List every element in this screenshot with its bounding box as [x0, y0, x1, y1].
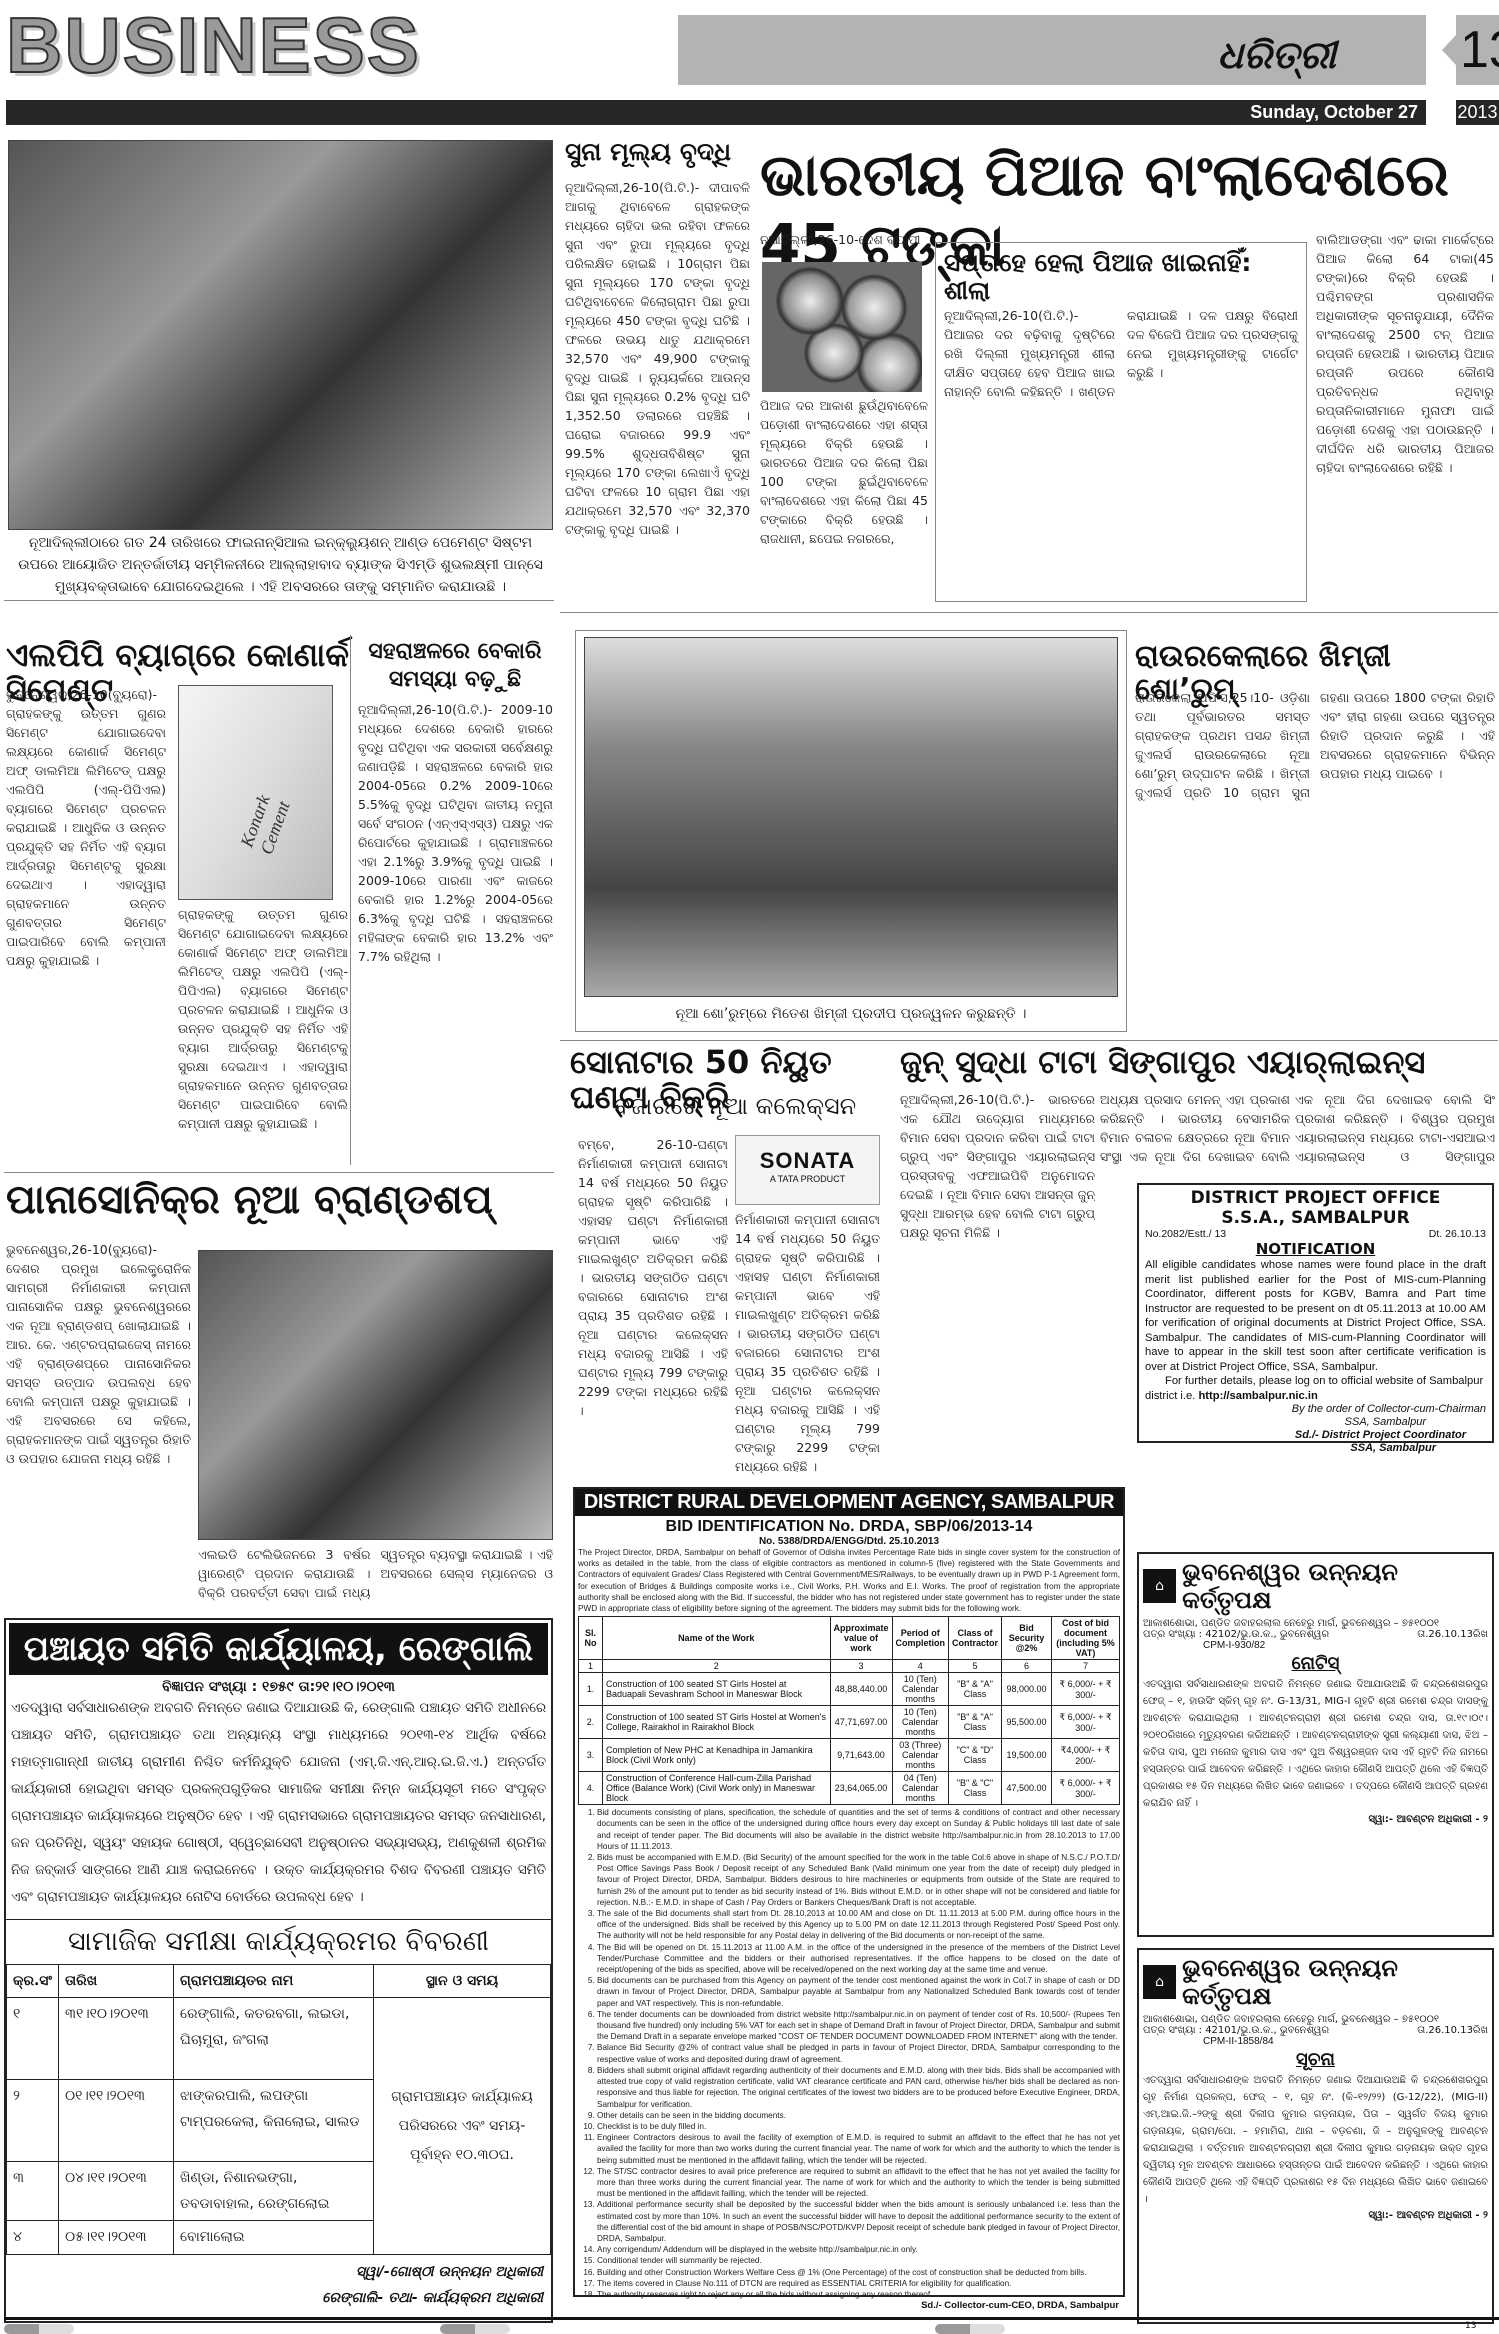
dateline: ନୂଆଦିଲ୍ଲୀ,26-10(ପି.ଟି.)- [944, 308, 1078, 323]
dateline: ନୂଆଦିଲ୍ଲୀ,26-10(ପି.ଟି.)- [565, 180, 699, 195]
drda-signature: Sd./- Collector-cum-CEO, DRDA, Sambalpur [575, 2300, 1123, 2311]
col-header: Cost of bid document (including 5% VAT) [1052, 1617, 1120, 1660]
drda-conditions-list: Bid documents consisting of plans, speci… [575, 1807, 1123, 2300]
cell: Completion of New PHC at Kenadhipa in Ja… [603, 1739, 831, 1772]
onion-dateline: ନୂଆଦିଲ୍ଲୀ,26-10-ଦେଶ ବ୍ୟାପୀ [760, 230, 928, 252]
condition-item: The authority reserves right to reject a… [597, 2289, 1120, 2300]
cell: 3. [579, 1739, 603, 1772]
khimji-photo-box: ନୂଆ ଶୋ’ରୁମ୍‌ରେ ମିତେଶ ଖିମ୍‌ଜୀ ପ୍ରଦୀପ ପ୍ରଜ… [575, 630, 1127, 1032]
condition-item: The items covered in Clause No.111 of DT… [597, 2278, 1120, 2289]
bda-title: ଭୁବନେଶ୍ୱର ଉନ୍ନୟନ କର୍ତ୍ତୃପକ୍ଷ [1182, 1558, 1488, 1614]
cell: "B" & "C" Class [949, 1772, 1002, 1805]
article-body: ଦେଶର ପ୍ରମୁଖ ଇଲେକ୍ଟ୍ରୋନିକ ସାମଗ୍ରୀ ନିର୍ମାଣ… [6, 1261, 191, 1466]
condition-item: The tender documents can be downloaded f… [597, 2009, 1120, 2043]
sheila-box: ସପ୍ତାହେ ହେଲା ପିଆଜ ଖାଇନାହିଁ: ଶୀଲା ନୂଆଦିଲ୍… [935, 242, 1307, 602]
rengali-sign-line2: ରେଙ୍ଗାଲି- ତଥା- କାର୍ଯ୍ୟକ୍ରମ ଅଧିକାରୀ [14, 2285, 543, 2311]
date-bar: Sunday, October 27 [6, 100, 1426, 125]
footer-ornament-left [4, 2324, 74, 2334]
divider [4, 600, 554, 601]
bda-letter-no: ପତ୍ର ସଂଖ୍ୟା : 42102/ଭୁ.ଉ.କ., ଭୁବନେଶ୍ୱର [1143, 1629, 1329, 1640]
condition-item: Balance Bid Security @2% of contract val… [597, 2042, 1120, 2064]
col-header: Bid Security @2% [1002, 1617, 1052, 1660]
rengali-title: ପଞ୍ଚାୟତ ସମିତି କାର୍ଯ୍ୟାଳୟ, ରେଙ୍ଗାଲି [9, 1623, 548, 1675]
sonata-logo-sub: A TATA PRODUCT [736, 1174, 879, 1184]
onion-body-right: ବାଲିଆଡଙ୍ଗା ଏବଂ ଢାକା ମାର୍କେଟ୍‌ରେ ପିଆଜ କିଲ… [1316, 230, 1494, 602]
khimji-caption: ନୂଆ ଶୋ’ରୁମ୍‌ରେ ମିତେଶ ଖିମ୍‌ଜୀ ପ୍ରଦୀପ ପ୍ରଜ… [576, 1003, 1126, 1025]
bda-notice-ad-1: ⌂ ଭୁବନେଶ୍ୱର ଉନ୍ନୟନ କର୍ତ୍ତୃପକ୍ଷ ଆକାଶଶୋଭା,… [1137, 1552, 1494, 1937]
condition-item: The ST/SC contractor desires to avail pr… [597, 2166, 1120, 2200]
col-number: 5 [949, 1660, 1002, 1673]
drda-intro: The Project Director, DRDA, Sambalpur on… [575, 1547, 1123, 1614]
article-body: ନିର୍ମାଣକାରୀ କମ୍ପାନୀ ସୋନାଟା 14 ବର୍ଷ ମଧ୍ୟର… [578, 1156, 728, 1418]
panasonic-article: ଭୁବନେଶ୍ୱର,26-10(ବ୍ୟୁରୋ)- ଦେଶର ପ୍ରମୁଖ ଇଲେ… [6, 1240, 191, 1600]
sonata-logo-text: SONATA [736, 1148, 879, 1174]
ssa-sign-line2: SSA, Sambalpur [1145, 1442, 1486, 1455]
dateline: ଭୁବନେଶ୍ୱର,26-10(ବ୍ୟୁରୋ)- [6, 1242, 157, 1257]
bda-sign: ସ୍ୱା:- ଆବଣ୍ଟନ ଅଧିକାରୀ - ୨ [1143, 1814, 1488, 1825]
table-header-row: କ୍ର.ସଂ ତାରିଖ ଗ୍ରାମପଞ୍ଚାୟତର ନାମ ସ୍ଥାନ ଓ ସ… [7, 1965, 551, 1998]
gold-headline: ସୁନା ମୂଲ୍ୟ ବୃଦ୍ଧି [565, 138, 765, 166]
onion-body-left: ପିଆଜ ଦର ଆକାଶ ଛୁଉଁଥିବାବେଳେ ପଡ଼ୋଶୀ ବାଂଲାଦେ… [760, 396, 928, 604]
ssa-order-line2: SSA, Sambalpur [1145, 1416, 1486, 1429]
table-row: 4. Construction of Conference Hall-cum-Z… [579, 1772, 1120, 1805]
cell: ୧ [7, 1998, 59, 2080]
condition-item: Bidders shall submit original affidavit … [597, 2065, 1120, 2110]
drda-ref: No. 5388/DRDA/ENGG/Dtd. 25.10.2013 [575, 1536, 1123, 1547]
rengali-ad: ପଞ୍ଚାୟତ ସମିତି କାର୍ଯ୍ୟାଳୟ, ରେଙ୍ଗାଲି ବିଜ୍ଞ… [4, 1618, 553, 2323]
cell: ରେଙ୍ଗାଲି, କତରବଗା, ଲଇଡା, ଘିଚାମୁରା, ଜଂଗଲା [174, 1998, 374, 2080]
tata-sia-col2: ଅଧ୍ୟକ୍ଷ ପ୍ରସାଦ ମେନନ୍ ଏହା ପ୍ରକାଶ କରିଛନ୍ତି… [1100, 1090, 1290, 1170]
article-body: ଦୀପାବଳି ଆଗକୁ ଥିବାବେଳେ ଗ୍ରାହକଙ୍କ ମଧ୍ୟରେ ଚ… [565, 180, 750, 537]
bda-body: ଏତଦ୍ୱାରା ସର୍ବସାଧାରଣଙ୍କ ଅବଗତି ନିମନ୍ତେ ଜଣା… [1143, 1676, 1488, 1812]
cell: "B" & "A" Class [949, 1673, 1002, 1706]
rengali-sign-line1: ସ୍ୱା/-ଗୋଷ୍ଠୀ ଉନ୍ନୟନ ଅଧିକାରୀ [14, 2259, 543, 2285]
article-body: ଭାରତରେ ଏକ ଯୌଥ ଉଦ୍ୟୋଗ ମାଧ୍ୟମରେ ବିମାନ ସେବା… [900, 1092, 1095, 1240]
divider [4, 1172, 554, 1173]
sonata-article: ବମ୍ବେ, 26-10-ଘଣ୍ଟା ନିର୍ମାଣକାରୀ କମ୍ପାନୀ ସ… [578, 1135, 728, 1475]
article-body: 2009-10 ମଧ୍ୟରେ ଦେଶରେ ବେକାରି ହାରରେ ବୃଦ୍ଧି… [358, 702, 553, 964]
col-header: Sl. No [579, 1617, 603, 1660]
bda-header: ⌂ ଭୁବନେଶ୍ୱର ଉନ୍ନୟନ କର୍ତ୍ତୃପକ୍ଷ [1143, 1558, 1488, 1614]
col-number: 3 [830, 1660, 892, 1673]
ssa-sign-line1: Sd./- District Project Coordinator [1145, 1429, 1486, 1442]
bda-cpm: CPM-II-1858/84 [1143, 2036, 1488, 2047]
cell: "C" & "D" Class [949, 1739, 1002, 1772]
ssa-body: All eligible candidates whose names were… [1145, 1258, 1486, 1374]
col-number: 1 [579, 1660, 603, 1673]
col-header: ଗ୍ରାମପଞ୍ଚାୟତର ନାମ [174, 1965, 374, 1998]
tata-sia-headline: ଜୁନ୍ ସୁଦ୍ଧା ଟାଟା ସିଙ୍ଗାପୁର ଏୟାର୍‌ଲାଇନ୍ସ [900, 1045, 1498, 1080]
dateline: ନୂଆଦିଲ୍ଲୀ,26-10(ପି.ଟି.)- [900, 1092, 1034, 1107]
top-photo [8, 140, 553, 530]
footer-rule [4, 2317, 1499, 2320]
bda-logo-icon: ⌂ [1143, 1965, 1176, 1999]
cell: ୩ [7, 2162, 59, 2221]
table-row: ୧ ୩୧।୧୦।୨୦୧୩ ରେଙ୍ଗାଲି, କତରବଗା, ଲଇଡା, ଘିଚ… [7, 1998, 551, 2080]
dateline: ବମ୍ବେ, 26-10-ଘଣ୍ଟା [578, 1137, 728, 1152]
rengali-signature: ସ୍ୱା/-ଗୋଷ୍ଠୀ ଉନ୍ନୟନ ଅଧିକାରୀ ରେଙ୍ଗାଲି- ତଥ… [6, 2255, 551, 2315]
cell: ₹4,000/- + ₹ 200/- [1052, 1739, 1120, 1772]
ssa-date: Dt. 26.10.13 [1429, 1228, 1486, 1240]
rengali-body: ଏତଦ୍ୱାରା ସର୍ବସାଧାରଣଙ୍କ ଅବଗତି ନିମନ୍ତେ ଜଣା… [6, 1695, 551, 1911]
sonata-subhead: ବଜାରରେ ନୂଆ କଲେକ୍ସନ [580, 1092, 890, 1120]
condition-item: Any corrigendum/ Addendum will be displa… [597, 2244, 1120, 2255]
condition-item: The Bid will be opened on Dt. 15.11.2013… [597, 1942, 1120, 1976]
khimji-photo [584, 637, 1118, 997]
bda-letter-row: ପତ୍ର ସଂଖ୍ୟା : 42101/ଭୁ.ଉ.କ., ଭୁବନେଶ୍ୱର ତ… [1143, 2025, 1488, 2036]
condition-item: Building and other Construction Workers … [597, 2267, 1120, 2278]
col-header: କ୍ର.ସଂ [7, 1965, 59, 1998]
cell: ଝାଙ୍କରପାଲି, ଲପଙ୍ଗା ଟାମ୍ପରକେଲା, କିନାଲୋଇ, … [174, 2080, 374, 2162]
col-number: 2 [603, 1660, 831, 1673]
table-colnum-row: 1 2 3 4 5 6 7 [579, 1660, 1120, 1673]
cell: 47,71,697.00 [830, 1706, 892, 1739]
rengali-schedule-title: ସାମାଜିକ ସମୀକ୍ଷା କାର୍ଯ୍ୟକ୍ରମର ବିବରଣୀ [6, 1919, 551, 1964]
cell: ₹ 6,000/- + ₹ 300/- [1052, 1706, 1120, 1739]
cell: 10 (Ten) Calendar months [892, 1706, 948, 1739]
page-number: 13 [1456, 15, 1499, 85]
col-header: ତାରିଖ [59, 1965, 174, 1998]
konark-article: ଭୁବନେଶ୍ୱର,26-10(ବ୍ୟୁରୋ)- ଗ୍ରାହକଙ୍କୁ ଉତ୍ତ… [6, 685, 166, 1165]
article-body: ଗ୍ରାହକଙ୍କୁ ଉତ୍ତମ ଗୁଣର ସିମେଣ୍ଟ ଯୋଗାଇଦେବା … [6, 706, 166, 968]
col-header: Name of the Work [603, 1617, 831, 1660]
bda-cpm: CPM-I-930/82 [1143, 1640, 1488, 1651]
bda-heading: ସୂଚନା [1143, 2049, 1488, 2070]
cell: ୩୧।୧୦।୨୦୧୩ [59, 1998, 174, 2080]
table-row: 2. Construction of 100 seated ST Girls H… [579, 1706, 1120, 1739]
cell: ୦୧।୧୧।୨୦୧୩ [59, 2080, 174, 2162]
condition-item: Engineer Contractors desirous to avail t… [597, 2132, 1120, 2166]
condition-item: Bid documents consisting of plans, speci… [597, 1807, 1120, 1852]
panasonic-headline: ପାନାସୋନିକ୍‌ର ନୂଆ ବ୍ରାଣ୍ଡଶପ୍ [6, 1178, 551, 1222]
footer-page-label: 13 [1465, 2321, 1476, 2331]
ssa-title-1: DISTRICT PROJECT OFFICE [1145, 1188, 1486, 1208]
cell: ୦୪।୧୧।୨୦୧୩ [59, 2162, 174, 2221]
dateline: ରାଉରକେଲା ଅଫିସ,25।10- [1135, 690, 1274, 705]
cell: Construction of Conference Hall-cum-Zill… [603, 1772, 831, 1805]
bda-notice-ad-2: ⌂ ଭୁବନେଶ୍ୱର ଉନ୍ନୟନ କର୍ତ୍ତୃପକ୍ଷ ଆକାଶଶୋଭା,… [1137, 1948, 1494, 2324]
newspaper-logo: ଧରିତ୍ରୀ [1217, 33, 1336, 78]
condition-item: Other details can be seen in the bidding… [597, 2110, 1120, 2121]
cell: 47,500.00 [1002, 1772, 1052, 1805]
col-number: 4 [892, 1660, 948, 1673]
condition-item: Additional performance security shall be… [597, 2199, 1120, 2244]
rengali-adv-no: ବିଜ୍ଞାପନ ସଂଖ୍ୟା : ୧୭୫୯ ତା:୨୧।୧୦।୨୦୧୩ [6, 1679, 551, 1695]
top-photo-caption: ନୂଆଦିଲ୍ଲୀଠାରେ ଗତ 24 ତାରିଖରେ ଫାଇନାନ୍ସିଆଲ … [8, 532, 553, 598]
section-title: BUSINESS [6, 0, 421, 90]
masthead-band: ଧରିତ୍ରୀ [678, 15, 1426, 85]
cell: Construction of 100 seated ST Girls Host… [603, 1706, 831, 1739]
tata-sia-col3: ଏକ ନୂଆ ଦିଗ ଦେଖାଇବ ବୋଲି ସିଂ ପ୍ରକାଶ କରିଛନ୍… [1295, 1090, 1495, 1170]
venue-cell: ଗ୍ରାମପଞ୍ଚାୟତ କାର୍ଯ୍ୟାଳୟ ପରିସରରେ ଏବଂ ସମୟ-… [374, 1998, 551, 2255]
col-header: Period of Completion [892, 1617, 948, 1660]
cell: ୨ [7, 2080, 59, 2162]
cell: ୪ [7, 2221, 59, 2255]
bda-date: ତା.26.10.13ରିଖ [1417, 2025, 1488, 2036]
article-body: ଓଡ଼ିଶା ତଥା ପୂର୍ବଭାରତର ସମସ୍ତ ଗ୍ରାହକଙ୍କ ପ୍… [1135, 690, 1495, 800]
table-row: 3. Completion of New PHC at Kenadhipa in… [579, 1739, 1120, 1772]
bda-header: ⌂ ଭୁବନେଶ୍ୱର ଉନ୍ନୟନ କର୍ତ୍ତୃପକ୍ଷ [1143, 1954, 1488, 2010]
sonata-logo: SONATA A TATA PRODUCT [735, 1135, 880, 1205]
table-row: 1. Construction of 100 seated ST Girls H… [579, 1673, 1120, 1706]
cell: "B" & "A" Class [949, 1706, 1002, 1739]
sheila-article: ନୂଆଦିଲ୍ଲୀ,26-10(ପି.ଟି.)- ପିଆଜର ଦର ବଢ଼ିବା… [936, 306, 1306, 616]
drda-bid-id: BID IDENTIFICATION No. DRDA, SBP/06/2013… [575, 1518, 1123, 1536]
cell: 95,500.00 [1002, 1706, 1052, 1739]
cell: 04 (Ten) Calendar months [892, 1772, 948, 1805]
cement-bag-photo: Konark Cement [178, 685, 333, 900]
dateline: ଭୁବନେଶ୍ୱର,26-10(ବ୍ୟୁରୋ)- [6, 687, 157, 702]
footer-ornament-mid2 [935, 2324, 1005, 2334]
bda-logo-icon: ⌂ [1143, 1569, 1176, 1603]
bda-letter-no: ପତ୍ର ସଂଖ୍ୟା : 42101/ଭୁ.ଉ.କ., ଭୁବନେଶ୍ୱର [1143, 2025, 1329, 2036]
col-header: ସ୍ଥାନ ଓ ସମୟ [374, 1965, 551, 1998]
ssa-notice-heading: NOTIFICATION [1145, 1240, 1486, 1258]
cell: ବୋମାଲୋଇ [174, 2221, 374, 2255]
drda-title: DISTRICT RURAL DEVELOPMENT AGENCY, SAMBA… [575, 1489, 1123, 1516]
drda-tender-ad: DISTRICT RURAL DEVELOPMENT AGENCY, SAMBA… [573, 1487, 1125, 2297]
rengali-schedule-table: କ୍ର.ସଂ ତାରିଖ ଗ୍ରାମପଞ୍ଚାୟତର ନାମ ସ୍ଥାନ ଓ ସ… [6, 1964, 551, 2255]
cell: ₹ 6,000/- + ₹ 300/- [1052, 1772, 1120, 1805]
condition-item: Conditional tender will summarily be rej… [597, 2255, 1120, 2266]
cell: ₹ 6,000/- + ₹ 300/- [1052, 1673, 1120, 1706]
bda-date: ତା.26.10.13ରିଖ [1417, 1629, 1488, 1640]
sonata-body-cont: ନିର୍ମାଣକାରୀ କମ୍ପାନୀ ସୋନାଟା 14 ବର୍ଷ ମଧ୍ୟର… [735, 1210, 880, 1475]
cell: 9,71,643.00 [830, 1739, 892, 1772]
divider [560, 612, 1498, 613]
cell: 98,000.00 [1002, 1673, 1052, 1706]
cell: 19,500.00 [1002, 1739, 1052, 1772]
panasonic-photo [198, 1250, 553, 1540]
divider [560, 1040, 1498, 1041]
ssa-order: By the order of Collector-cum-Chairman S… [1145, 1403, 1486, 1455]
col-header: Class of Contractor [949, 1617, 1002, 1660]
cell: 1. [579, 1673, 603, 1706]
condition-item: Checklist is to be duly filled in. [597, 2121, 1120, 2132]
onion-photo [762, 262, 922, 392]
condition-item: Bids must be accompanied with E.M.D. (Bi… [597, 1852, 1120, 1908]
tata-sia-col1: ନୂଆଦିଲ୍ଲୀ,26-10(ପି.ଟି.)- ଭାରତରେ ଏକ ଯୌଥ ଉ… [900, 1090, 1095, 1475]
bda-address: ଆକାଶଶୋଭା, ପଣ୍ଡିତ ଜବାହରଲାଲ ନେହେରୁ ମାର୍ଗ, … [1143, 2014, 1488, 2025]
ssa-further: For further details, please log on to of… [1145, 1374, 1486, 1403]
ssa-ref-no: No.2082/Estt./ 13 [1145, 1228, 1226, 1240]
cell: 48,88,440.00 [830, 1673, 892, 1706]
ssa-ref-row: No.2082/Estt./ 13 Dt. 26.10.13 [1145, 1228, 1486, 1240]
dateline: ନୂଆଦିଲ୍ଲୀ,26-10(ପି.ଟି.)- [358, 702, 492, 717]
cell: 2. [579, 1706, 603, 1739]
condition-item: The sale of the Bid documents shall star… [597, 1908, 1120, 1942]
khimji-article: ରାଉରକେଲା ଅଫିସ,25।10- ଓଡ଼ିଶା ତଥା ପୂର୍ବଭାର… [1135, 688, 1495, 1033]
col-header: Approximate value of work [830, 1617, 892, 1660]
cell: 10 (Ten) Calendar months [892, 1673, 948, 1706]
ssa-notification-ad: DISTRICT PROJECT OFFICE S.S.A., SAMBALPU… [1137, 1183, 1494, 1443]
bda-heading: ନୋଟିସ୍ [1143, 1653, 1488, 1674]
unemployment-article: ନୂଆଦିଲ୍ଲୀ,26-10(ପି.ଟି.)- 2009-10 ମଧ୍ୟରେ … [358, 700, 553, 1165]
konark-body-cont: ଗ୍ରାହକଙ୍କୁ ଉତ୍ତମ ଗୁଣର ସିମେଣ୍ଟ ଯୋଗାଇଦେବା … [178, 905, 348, 1165]
bda-body: ଏତଦ୍ୱାରା ସର୍ବସାଧାରଣଙ୍କ ଅବଗତି ନିମନ୍ତେ ଜଣା… [1143, 2072, 1488, 2208]
cell: 23,64,065.00 [830, 1772, 892, 1805]
cement-label: Konark Cement [236, 737, 314, 858]
cell: 4. [579, 1772, 603, 1805]
drda-works-table: Sl. No Name of the Work Approximate valu… [578, 1616, 1120, 1805]
col-number: 6 [1002, 1660, 1052, 1673]
drda-table-wrap: Sl. No Name of the Work Approximate valu… [575, 1614, 1123, 1807]
ssa-website-link[interactable]: http://sambalpur.nic.in [1198, 1390, 1317, 1402]
unemployment-headline: ସହରାଞ୍ଚଳରେ ବେକାରି ସମସ୍ୟା ବଢ଼ୁଛି [355, 638, 555, 694]
ssa-order-line1: By the order of Collector-cum-Chairman [1145, 1403, 1486, 1416]
footer-ornament-mid [440, 2324, 510, 2334]
cell: ୦୫।୧୧।୨୦୧୩ [59, 2221, 174, 2255]
sheila-headline: ସପ୍ତାହେ ହେଲା ପିଆଜ ଖାଇନାହିଁ: ଶୀଲା [936, 243, 1306, 306]
year-label: 2013 [1456, 100, 1499, 125]
divider [350, 635, 351, 1165]
table-header-row: Sl. No Name of the Work Approximate valu… [579, 1617, 1120, 1660]
cell: 03 (Three) Calendar months [892, 1739, 948, 1772]
gold-article: ନୂଆଦିଲ୍ଲୀ,26-10(ପି.ଟି.)- ଦୀପାବଳି ଆଗକୁ ଥି… [565, 178, 750, 603]
condition-item: Bid documents can be purchased from this… [597, 1975, 1120, 2009]
bda-title: ଭୁବନେଶ୍ୱର ଉନ୍ନୟନ କର୍ତ୍ତୃପକ୍ଷ [1182, 1954, 1488, 2010]
ssa-title-2: S.S.A., SAMBALPUR [1145, 1208, 1486, 1228]
bda-letter-row: ପତ୍ର ସଂଖ୍ୟା : 42102/ଭୁ.ଉ.କ., ଭୁବନେଶ୍ୱର ତ… [1143, 1629, 1488, 1640]
bda-sign: ସ୍ୱା:- ଆବଣ୍ଟନ ଅଧିକାରୀ - ୨ [1143, 2210, 1488, 2221]
bda-address: ଆକାଶଶୋଭା, ପଣ୍ଡିତ ଜବାହରଲାଲ ନେହେରୁ ମାର୍ଗ, … [1143, 1618, 1488, 1629]
panasonic-body-under: ଏଲଇଡି ଟେଲିଭିଜନରେ 3 ବର୍ଷର ୱାରେଣ୍ଟି ପ୍ରଦାନ… [198, 1545, 553, 1603]
cell: Construction of 100 seated ST Girls Host… [603, 1673, 831, 1706]
col-number: 7 [1052, 1660, 1120, 1673]
cell: ଖିଣ୍ଡା, ନିଶାନଭଙ୍ଗା, ତବଡାବାହାଲ, ରେଙ୍ଗଲୋଇ [174, 2162, 374, 2221]
